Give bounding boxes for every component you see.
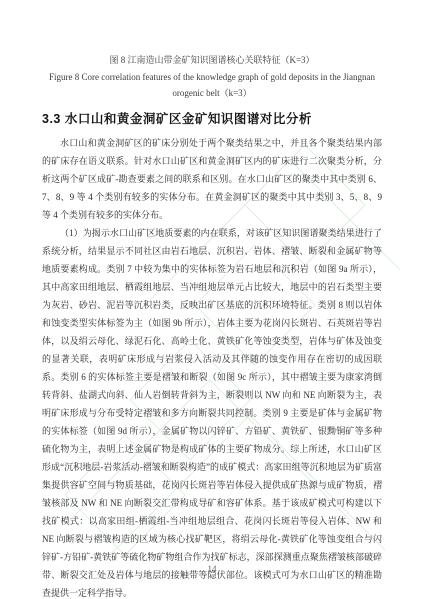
figure-caption-en-line2: orogenic belt（k=3）	[42, 85, 382, 102]
page-number: 14	[0, 564, 424, 574]
body-paragraph-1: 水口山和黄金洞矿区的矿床分别处于两个聚类结果之中，并且各个聚类结果内部的矿床存在…	[42, 134, 382, 224]
body-paragraph-2: （1）为揭示水口山矿区地质要素的内在联系，对该矿区知识图谱聚类结果进行了系统分析…	[42, 224, 382, 599]
figure-caption: 图 8 江南造山带金矿知识图谱核心关联特征（K=3） Figure 8 Core…	[42, 52, 382, 102]
figure-caption-en-line1: Figure 8 Core correlation features of th…	[42, 69, 382, 86]
section-heading: 3.3 水口山和黄金洞矿区金矿知识图谱对比分析	[42, 109, 382, 127]
document-page: 图 8 江南造山带金矿知识图谱核心关联特征（K=3） Figure 8 Core…	[0, 0, 424, 599]
figure-caption-zh: 图 8 江南造山带金矿知识图谱核心关联特征（K=3）	[42, 52, 382, 69]
